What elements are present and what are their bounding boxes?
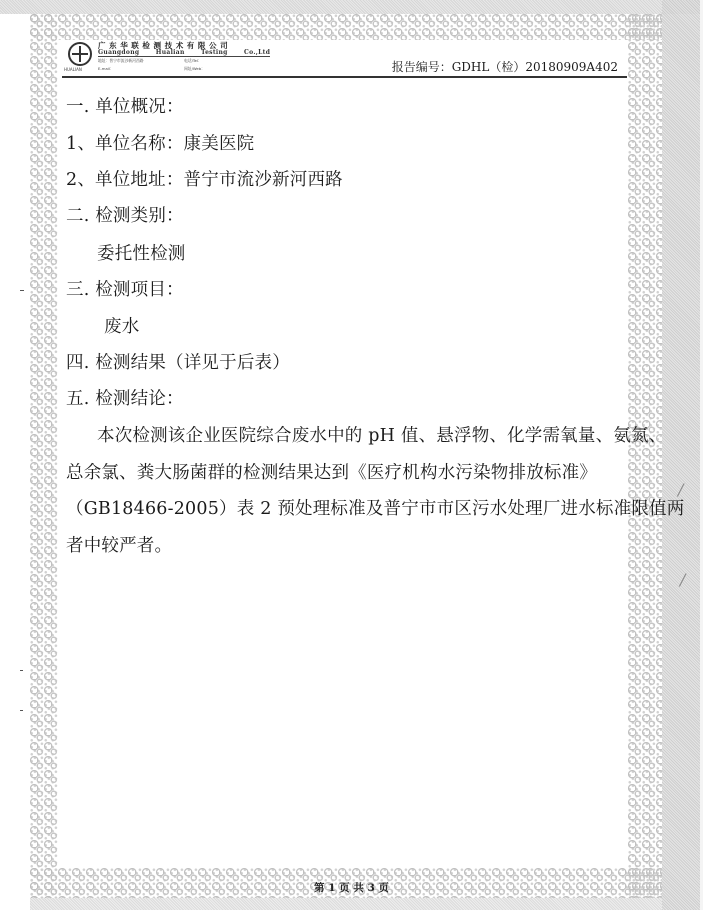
unit-address-label: 2、单位地址：	[66, 170, 184, 190]
company-name-english: Guangdong Hualian Testing Co.,Ltd	[98, 49, 270, 57]
scan-edge-top	[0, 0, 703, 14]
scan-edge-right	[662, 0, 703, 910]
section-heading-conclusion: 五. 检测结论：	[66, 385, 184, 410]
company-logo-icon	[68, 42, 92, 66]
scan-artifact-mark: /	[680, 570, 685, 589]
unit-address-row: 2、单位地址：普宁市流沙新河西路	[66, 166, 343, 191]
scan-edge-bottom	[30, 898, 662, 910]
scan-artifact-dash	[20, 710, 23, 711]
report-number-label: 报告编号：	[392, 60, 452, 74]
conclusion-line-1: 本次检测该企业医院综合废水中的 pH 值、悬浮物、化学需氧量、氨氮、	[97, 422, 666, 447]
test-items-value: 废水	[104, 313, 139, 338]
test-category-value: 委托性检测	[97, 240, 186, 265]
conclusion-line-3: （GB18466-2005）表 2 预处理标准及普宁市市区污水处理厂进水标准限值…	[66, 495, 684, 520]
unit-address-value: 普宁市流沙新河西路	[184, 170, 343, 190]
conclusion-line-4: 者中较严者。	[66, 532, 172, 557]
company-email: E-mail：	[98, 66, 114, 72]
unit-name-row: 1、单位名称：康美医院	[66, 130, 254, 155]
company-letterhead: HUALIAN 广东华联检测技术有限公司 Guangdong Hualian T…	[64, 40, 254, 72]
conclusion-line-2: 总余氯、粪大肠菌群的检测结果达到《医疗机构水污染物排放标准》	[66, 459, 597, 484]
header-divider	[62, 76, 627, 78]
company-address: 地址：普宁市流沙新河西路	[98, 58, 144, 64]
section-heading-test-category: 二. 检测类别：	[66, 202, 184, 227]
page-number: 第 1 页 共 3 页	[0, 880, 703, 895]
document-page	[58, 40, 628, 868]
scan-artifact-dash	[20, 290, 24, 291]
ornamental-border-left	[30, 14, 58, 898]
company-phone: 电话/Tel：	[184, 58, 202, 64]
unit-name-label: 1、单位名称：	[66, 134, 184, 154]
ornamental-border-top	[30, 14, 662, 40]
scan-artifact-dash	[20, 670, 23, 671]
report-number: 报告编号：GDHL（检）20180909A402	[392, 58, 618, 75]
report-number-value: GDHL（检）20180909A402	[452, 60, 618, 74]
company-website: 网址/Web：	[184, 66, 205, 72]
unit-name-value: 康美医院	[184, 134, 255, 154]
section-heading-test-results: 四. 检测结果（详见于后表）	[66, 349, 290, 374]
section-heading-test-items: 三. 检测项目：	[66, 276, 184, 301]
logo-caption: HUALIAN	[64, 67, 82, 72]
section-heading-unit-overview: 一. 单位概况：	[66, 93, 184, 118]
ornamental-border-right	[628, 14, 662, 898]
